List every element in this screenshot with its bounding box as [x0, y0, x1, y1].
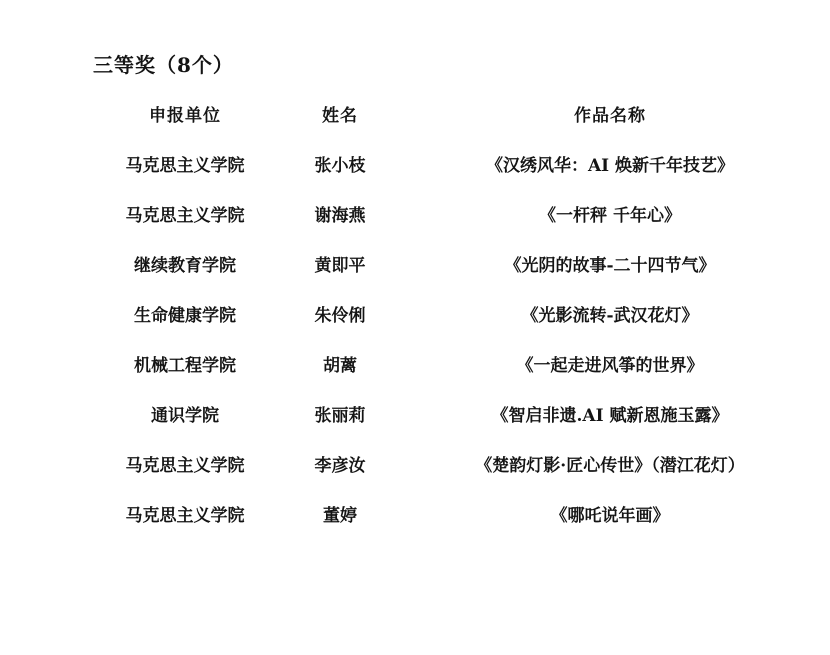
- unit-cell: 马克思主义学院: [95, 201, 275, 226]
- name-cell: 谢海燕: [275, 201, 405, 226]
- name-cell: 董婷: [275, 501, 405, 526]
- unit-cell: 机械工程学院: [95, 351, 275, 376]
- document-page: 三等奖（8个） 申报单位 姓名 作品名称 马克思主义学院张小枝《汉绣风华：AI …: [0, 0, 830, 655]
- table-row: 马克思主义学院张小枝《汉绣风华：AI 焕新千年技艺》: [95, 138, 815, 188]
- name-cell: 张丽莉: [275, 401, 405, 426]
- work-title-cell: 《一杆秤 千年心》: [405, 201, 815, 226]
- name-cell: 朱伶俐: [275, 301, 405, 326]
- table-row: 马克思主义学院谢海燕《一杆秤 千年心》: [95, 188, 815, 238]
- unit-cell: 通识学院: [95, 401, 275, 426]
- name-cell: 张小枝: [275, 151, 405, 176]
- name-cell: 李彦汝: [275, 451, 405, 476]
- award-table-body: 马克思主义学院张小枝《汉绣风华：AI 焕新千年技艺》马克思主义学院谢海燕《一杆秤…: [95, 138, 815, 538]
- table-row: 机械工程学院胡蓠《一起走进风筝的世界》: [95, 338, 815, 388]
- header-unit: 申报单位: [95, 101, 275, 126]
- name-cell: 胡蓠: [275, 351, 405, 376]
- work-title-cell: 《一起走进风筝的世界》: [405, 351, 815, 376]
- table-row: 继续教育学院黄即平《光阴的故事-二十四节气》: [95, 238, 815, 288]
- work-title-cell: 《哪吒说年画》: [405, 501, 815, 526]
- table-row: 马克思主义学院李彦汝《楚韵灯影·匠心传世》（潜江花灯）: [95, 438, 815, 488]
- award-table: 申报单位 姓名 作品名称 马克思主义学院张小枝《汉绣风华：AI 焕新千年技艺》马…: [95, 88, 815, 538]
- work-title-cell: 《楚韵灯影·匠心传世》（潜江花灯）: [405, 451, 815, 476]
- work-title-cell: 《光影流转-武汉花灯》: [405, 301, 815, 326]
- table-row: 通识学院张丽莉《智启非遗.AI 赋新恩施玉露》: [95, 388, 815, 438]
- table-row: 马克思主义学院董婷《哪吒说年画》: [95, 488, 815, 538]
- unit-cell: 马克思主义学院: [95, 151, 275, 176]
- work-title-cell: 《汉绣风华：AI 焕新千年技艺》: [405, 151, 815, 176]
- name-cell: 黄即平: [275, 251, 405, 276]
- table-header-row: 申报单位 姓名 作品名称: [95, 88, 815, 138]
- table-row: 生命健康学院朱伶俐《光影流转-武汉花灯》: [95, 288, 815, 338]
- unit-cell: 马克思主义学院: [95, 501, 275, 526]
- work-title-cell: 《光阴的故事-二十四节气》: [405, 251, 815, 276]
- header-name: 姓名: [275, 101, 405, 126]
- section-title: 三等奖（8个）: [93, 49, 234, 78]
- header-work-title: 作品名称: [405, 101, 815, 126]
- unit-cell: 马克思主义学院: [95, 451, 275, 476]
- work-title-cell: 《智启非遗.AI 赋新恩施玉露》: [405, 401, 815, 426]
- unit-cell: 继续教育学院: [95, 251, 275, 276]
- unit-cell: 生命健康学院: [95, 301, 275, 326]
